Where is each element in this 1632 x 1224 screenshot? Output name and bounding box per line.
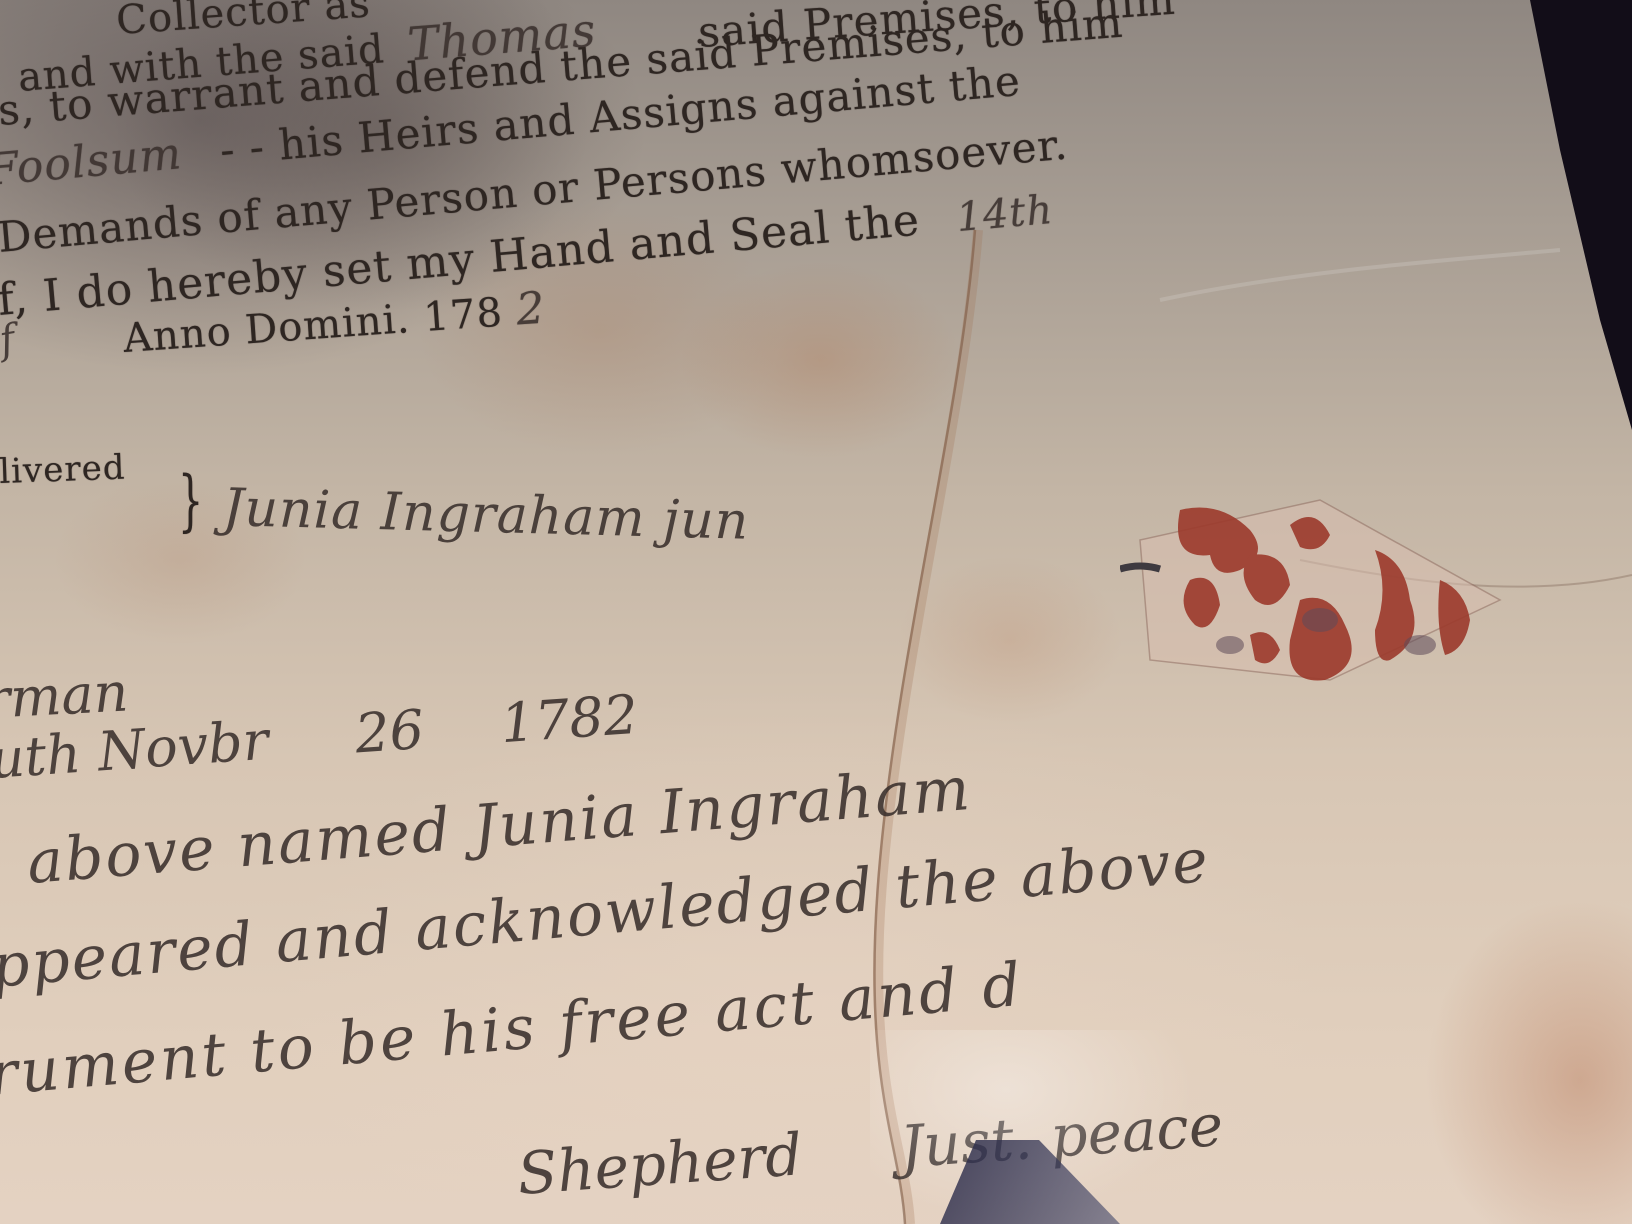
signature-brace: } (178, 462, 204, 539)
printed-text: livered (0, 448, 126, 492)
red-wax-seal (1120, 470, 1520, 700)
ack-date-day: 26 (353, 698, 426, 766)
ack-date-year: 1782 (498, 683, 639, 755)
handwritten-day-14th: 14th (955, 187, 1055, 241)
handwritten-year-digit: 2 (515, 283, 547, 336)
printed-label-delivered: livered (0, 448, 126, 492)
document-photo: Collector as and with the said Thomas sa… (0, 0, 1632, 1224)
